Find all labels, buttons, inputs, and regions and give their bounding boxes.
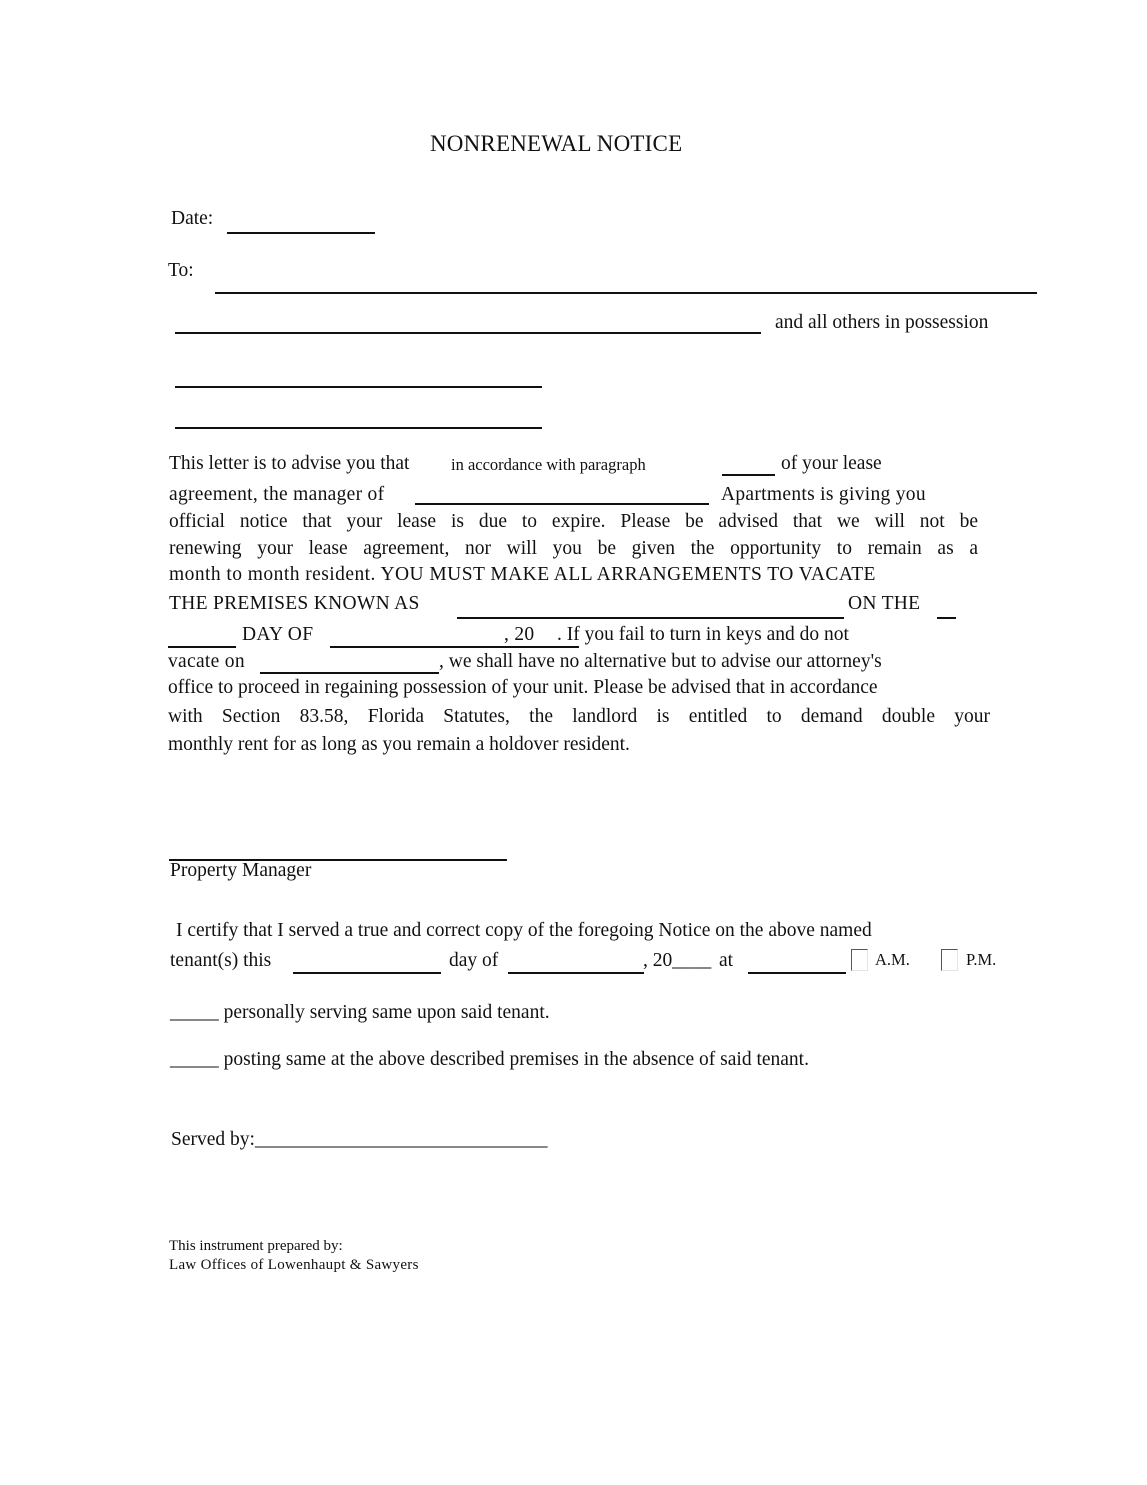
body-line-6b: ON THE	[848, 593, 920, 615]
others-in-possession-text: and all others in possession	[775, 312, 988, 334]
body-line-6a: THE PREMISES KNOWN AS	[169, 593, 420, 615]
certify-line-2d: at	[719, 950, 733, 972]
certify-line-1: I certify that I served a true and corre…	[176, 920, 872, 942]
body-line-8b: , we shall have no alternative but to ad…	[439, 651, 882, 673]
body-line-2b: Apartments is giving you	[721, 484, 926, 506]
document-title: NONRENEWAL NOTICE	[430, 131, 682, 157]
body-line-4: renewing your lease agreement, nor will …	[169, 538, 978, 560]
to-field-line-1[interactable]	[215, 292, 1037, 294]
served-day-field[interactable]	[293, 972, 441, 974]
footer-prepared-by: This instrument prepared by:	[169, 1237, 343, 1255]
month-field[interactable]	[330, 646, 579, 648]
footer-law-office: Law Offices of Lowenhaupt & Sawyers	[169, 1256, 419, 1274]
posting-service-blank[interactable]: _____	[170, 1049, 219, 1070]
body-line-2a: agreement, the manager of	[169, 484, 384, 506]
served-by-field[interactable]: Served by:______________________________	[171, 1129, 547, 1151]
day-field-start[interactable]	[937, 617, 956, 619]
posting-service-label: posting same at the above described prem…	[224, 1049, 809, 1070]
body-line-5: month to month resident. YOU MUST MAKE A…	[169, 564, 876, 586]
body-line-10: with Section 83.58, Florida Statutes, th…	[168, 706, 990, 728]
certify-line-2b: day of	[449, 950, 498, 972]
am-label: A.M.	[875, 950, 910, 970]
day-field-end[interactable]	[168, 646, 236, 648]
body-line-1c: of your lease	[781, 453, 882, 475]
body-line-1a: This letter is to advise you that	[169, 453, 409, 475]
address-line-1[interactable]	[175, 386, 542, 388]
body-line-8a: vacate on	[168, 651, 245, 673]
pm-label: P.M.	[966, 950, 996, 970]
served-time-field[interactable]	[748, 972, 846, 974]
body-line-3: official notice that your lease is due t…	[169, 511, 978, 533]
served-month-field[interactable]	[508, 972, 644, 974]
body-line-7c: . If you fail to turn in keys and do not	[557, 624, 849, 646]
body-line-7a: DAY OF	[242, 624, 313, 646]
body-line-9: office to proceed in regaining possessio…	[168, 677, 878, 699]
body-line-1b: in accordance with paragraph	[451, 455, 646, 475]
am-checkbox[interactable]	[851, 949, 868, 971]
body-line-11: monthly rent for as long as you remain a…	[168, 734, 630, 756]
service-option-personal: _____ personally serving same upon said …	[170, 1002, 550, 1024]
date-label: Date:	[171, 208, 213, 230]
personal-service-label: personally serving same upon said tenant…	[224, 1002, 550, 1023]
paragraph-number-field[interactable]	[722, 474, 775, 476]
personal-service-blank[interactable]: _____	[170, 1002, 219, 1023]
vacate-date-field[interactable]	[260, 672, 439, 674]
signature-label: Property Manager	[170, 860, 311, 882]
body-line-7b: , 20	[504, 624, 534, 646]
address-line-2[interactable]	[175, 427, 542, 429]
pm-checkbox[interactable]	[941, 949, 958, 971]
certify-year[interactable]: , 20____	[643, 950, 711, 972]
service-option-posting: _____ posting same at the above describe…	[170, 1049, 809, 1071]
to-field-line-2[interactable]	[175, 332, 761, 334]
certify-line-2a: tenant(s) this	[170, 950, 271, 972]
premises-address-field[interactable]	[457, 617, 844, 619]
apartments-name-field[interactable]	[415, 503, 709, 505]
to-label: To:	[168, 260, 194, 282]
date-field-line[interactable]	[227, 232, 375, 234]
